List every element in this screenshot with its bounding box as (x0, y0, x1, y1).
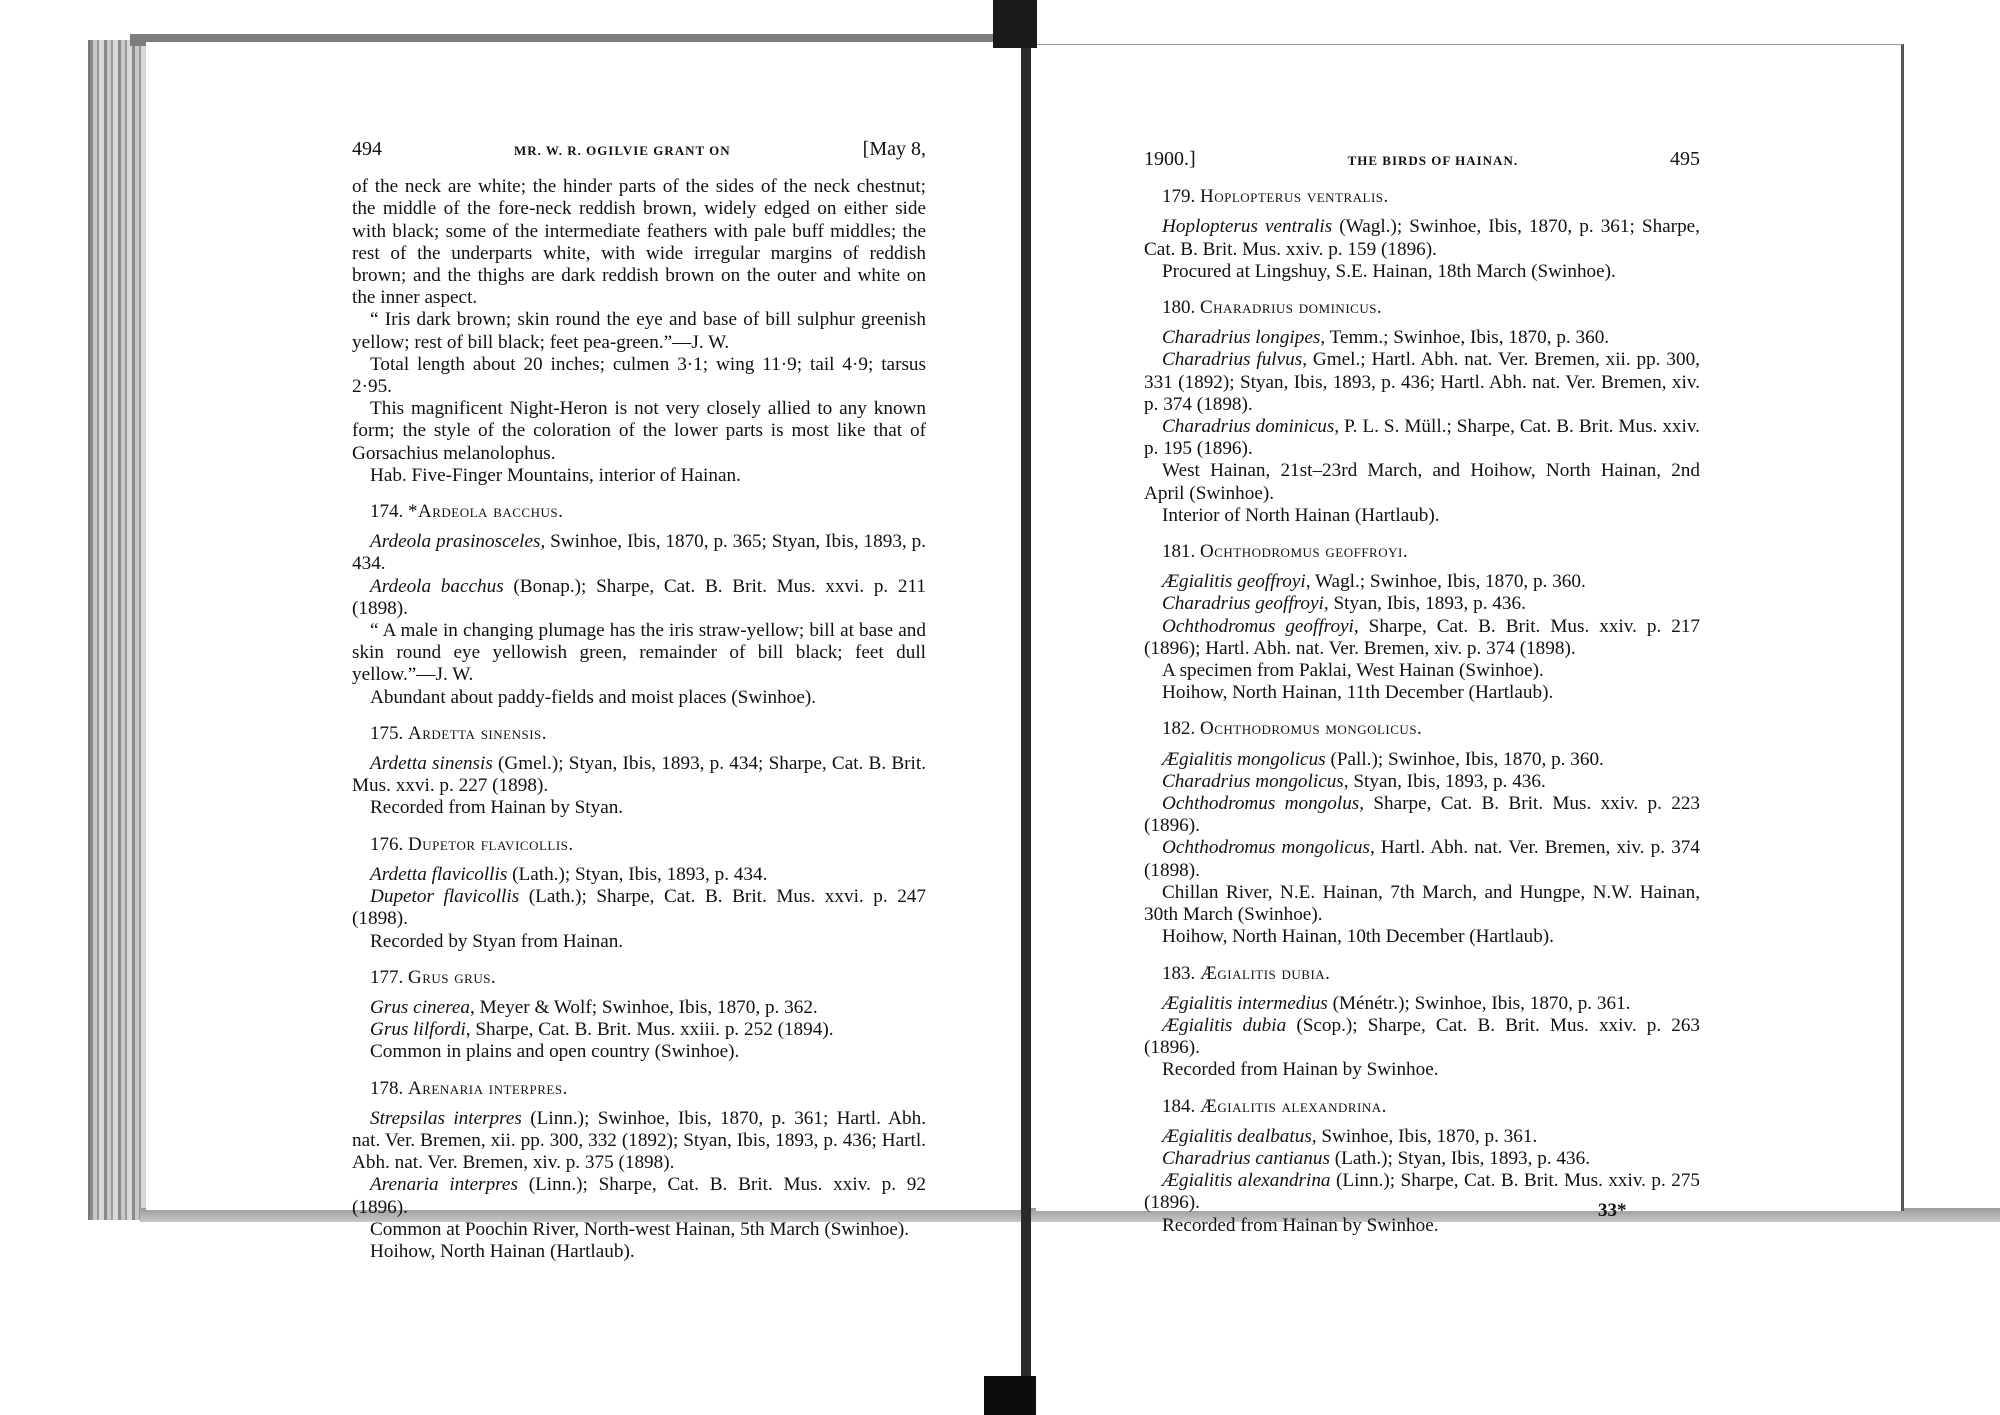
citation-line: Chillan River, N.E. Hainan, 7th March, a… (1144, 882, 1700, 926)
synonym-name: Charadrius mongolicus (1162, 771, 1344, 792)
species-heading: 177. Grus grus. (370, 967, 926, 989)
synonym-name: Ardetta flavicollis (370, 864, 507, 885)
citation-line: Ægialitis intermedius (Ménétr.); Swinhoe… (1144, 993, 1700, 1015)
species-name: *Ardeola bacchus. (408, 501, 563, 522)
citation-line: Ochthodromus mongolicus, Hartl. Abh. nat… (1144, 837, 1700, 881)
citation-line: Abundant about paddy-fields and moist pl… (352, 687, 926, 709)
species-number: 174. (370, 501, 408, 522)
citation-line: Charadrius fulvus, Gmel.; Hartl. Abh. na… (1144, 349, 1700, 416)
species-heading: 183. Ægialitis dubia. (1162, 963, 1700, 985)
citation-line: A specimen from Paklai, West Hainan (Swi… (1144, 660, 1700, 682)
citation-line: Ægialitis mongolicus (Pall.); Swinhoe, I… (1144, 749, 1700, 771)
species-entries: 174. *Ardeola bacchus.Ardeola prasinosce… (352, 501, 926, 1263)
species-heading: 178. Arenaria interpres. (370, 1078, 926, 1100)
citation-line: Arenaria interpres (Linn.); Sharpe, Cat.… (352, 1174, 926, 1218)
synonym-name: Charadrius fulvus (1162, 349, 1302, 370)
synonym-name: Ægialitis geoffroyi (1162, 571, 1306, 592)
species-name: Ochthodromus mongolicus. (1200, 718, 1422, 739)
citation-line: Common at Poochin River, North-west Hain… (352, 1219, 926, 1241)
citation-line: Recorded from Hainan by Styan. (352, 797, 926, 819)
synonym-name: Ægialitis dubia (1162, 1015, 1286, 1036)
species-heading: 179. Hoplopterus ventralis. (1162, 186, 1700, 208)
synonym-name: Ochthodromus mongolicus (1162, 837, 1370, 858)
synonym-name: Ægialitis intermedius (1162, 993, 1328, 1014)
synonym-name: Charadrius cantianus (1162, 1148, 1330, 1169)
citation-line: West Hainan, 21st–23rd March, and Hoihow… (1144, 460, 1700, 504)
citation-line: Procured at Lingshuy, S.E. Hainan, 18th … (1144, 261, 1700, 283)
citation-line: Charadrius cantianus (Lath.); Styan, Ibi… (1144, 1148, 1700, 1170)
species-name: Charadrius dominicus. (1200, 297, 1382, 318)
synonym-name: Grus cinerea (370, 997, 470, 1018)
citation-line: Hoihow, North Hainan, 11th December (Har… (1144, 682, 1700, 704)
synonym-name: Ochthodromus geoffroyi (1162, 616, 1354, 637)
citation-line: Ardeola bacchus (Bonap.); Sharpe, Cat. B… (352, 576, 926, 620)
citation-line: Ægialitis geoffroyi, Wagl.; Swinhoe, Ibi… (1144, 571, 1700, 593)
species-name: Ægialitis alexandrina. (1200, 1096, 1387, 1117)
species-number: 181. (1162, 541, 1200, 562)
page-number: 495 (1670, 148, 1700, 170)
species-heading: 180. Charadrius dominicus. (1162, 297, 1700, 319)
species-heading: 176. Dupetor flavicollis. (370, 834, 926, 856)
synonym-name: Ægialitis dealbatus (1162, 1126, 1312, 1147)
page-number: 494 (352, 138, 382, 160)
citation-line: Dupetor flavicollis (Lath.); Sharpe, Cat… (352, 886, 926, 930)
citation-line: Ægialitis dealbatus, Swinhoe, Ibis, 1870… (1144, 1126, 1700, 1148)
synonym-name: Ardetta sinensis (370, 753, 493, 774)
bookmark-ribbon-bottom (984, 1376, 1036, 1415)
date-marker: [May 8, (863, 138, 926, 160)
synonym-name: Charadrius longipes (1162, 327, 1320, 348)
species-name: Grus grus. (408, 967, 496, 988)
citation-line: Grus lilfordi, Sharpe, Cat. B. Brit. Mus… (352, 1019, 926, 1041)
species-heading: 175. Ardetta sinensis. (370, 723, 926, 745)
citation-line: Charadrius longipes, Temm.; Swinhoe, Ibi… (1144, 327, 1700, 349)
continuation-paragraph: Total length about 20 inches; culmen 3·1… (352, 354, 926, 398)
synonym-name: Ægialitis mongolicus (1162, 749, 1326, 770)
species-heading: 174. *Ardeola bacchus. (370, 501, 926, 523)
synonym-name: Ardeola prasinosceles (370, 531, 540, 552)
synonym-name: Strepsilas interpres (370, 1108, 522, 1129)
synonym-name: Hoplopterus ventralis (1162, 216, 1332, 237)
species-entries: 179. Hoplopterus ventralis.Hoplopterus v… (1144, 186, 1700, 1237)
species-heading: 181. Ochthodromus geoffroyi. (1162, 541, 1700, 563)
citation-line: Hoihow, North Hainan, 10th December (Har… (1144, 926, 1700, 948)
species-number: 177. (370, 967, 408, 988)
running-title: THE BIRDS OF HAINAN. (1348, 150, 1518, 172)
synonym-name: Arenaria interpres (370, 1174, 518, 1195)
citation-line: Ochthodromus mongolus, Sharpe, Cat. B. B… (1144, 793, 1700, 837)
species-heading: 182. Ochthodromus mongolicus. (1162, 718, 1700, 740)
citation-line: Ardeola prasinosceles, Swinhoe, Ibis, 18… (352, 531, 926, 575)
date-marker: 1900.] (1144, 148, 1196, 170)
citation-line: Charadrius mongolicus, Styan, Ibis, 1893… (1144, 771, 1700, 793)
species-name: Arenaria interpres. (408, 1078, 568, 1099)
synonym-name: Ochthodromus mongolus (1162, 793, 1359, 814)
species-name: Ægialitis dubia. (1200, 963, 1330, 984)
citation-line: Charadrius dominicus, P. L. S. Müll.; Sh… (1144, 416, 1700, 460)
species-name: Hoplopterus ventralis. (1200, 186, 1389, 207)
species-name: Ardetta sinensis. (408, 723, 547, 744)
left-page-text: 494 MR. W. R. OGILVIE GRANT ON [May 8, o… (352, 138, 926, 1263)
right-page-text: 1900.] THE BIRDS OF HAINAN. 495 179. Hop… (1144, 148, 1700, 1237)
species-number: 175. (370, 723, 408, 744)
species-number: 176. (370, 834, 408, 855)
citation-line: “ A male in changing plumage has the iri… (352, 620, 926, 687)
habitat-line: Hab. Five-Finger Mountains, interior of … (352, 465, 926, 487)
synonym-name: Grus lilfordi (370, 1019, 466, 1040)
right-running-head: 1900.] THE BIRDS OF HAINAN. 495 (1144, 148, 1700, 172)
citation-line: Ægialitis dubia (Scop.); Sharpe, Cat. B.… (1144, 1015, 1700, 1059)
synonym-name: Ægialitis alexandrina (1162, 1170, 1331, 1191)
citation-line: Strepsilas interpres (Linn.); Swinhoe, I… (352, 1108, 926, 1175)
species-number: 183. (1162, 963, 1200, 984)
citation-line: Interior of North Hainan (Hartlaub). (1144, 505, 1700, 527)
species-heading: 184. Ægialitis alexandrina. (1162, 1096, 1700, 1118)
species-name: Dupetor flavicollis. (408, 834, 574, 855)
synonym-name: Ardeola bacchus (370, 576, 504, 597)
bookmark-ribbon-top (993, 0, 1037, 48)
left-running-head: 494 MR. W. R. OGILVIE GRANT ON [May 8, (352, 138, 926, 162)
species-number: 184. (1162, 1096, 1200, 1117)
citation-line: Hoihow, North Hainan (Hartlaub). (352, 1241, 926, 1263)
species-number: 178. (370, 1078, 408, 1099)
running-title: MR. W. R. OGILVIE GRANT ON (514, 140, 731, 162)
species-name: Ochthodromus geoffroyi. (1200, 541, 1408, 562)
page-edges (88, 40, 152, 1220)
synonym-name: Charadrius geoffroyi (1162, 593, 1324, 614)
species-number: 179. (1162, 186, 1200, 207)
continuation-paragraph: of the neck are white; the hinder parts … (352, 176, 926, 309)
synonym-name: Charadrius dominicus (1162, 416, 1334, 437)
citation-line: Ardetta flavicollis (Lath.); Styan, Ibis… (352, 864, 926, 886)
continuation-paragraph: “ Iris dark brown; skin round the eye an… (352, 309, 926, 353)
citation-line: Charadrius geoffroyi, Styan, Ibis, 1893,… (1144, 593, 1700, 615)
citation-line: Recorded by Styan from Hainan. (352, 931, 926, 953)
citation-line: Hoplopterus ventralis (Wagl.); Swinhoe, … (1144, 216, 1700, 260)
synonym-name: Dupetor flavicollis (370, 886, 519, 907)
species-number: 180. (1162, 297, 1200, 318)
species-number: 182. (1162, 718, 1200, 739)
citation-line: Grus cinerea, Meyer & Wolf; Swinhoe, Ibi… (352, 997, 926, 1019)
citation-line: Common in plains and open country (Swinh… (352, 1041, 926, 1063)
book-gutter (1021, 44, 1031, 1414)
continuation-paragraph: This magnificent Night-Heron is not very… (352, 398, 926, 465)
citation-line: Recorded from Hainan by Swinhoe. (1144, 1059, 1700, 1081)
signature-mark: 33* (1598, 1200, 1627, 1222)
citation-line: Ochthodromus geoffroyi, Sharpe, Cat. B. … (1144, 616, 1700, 660)
citation-line: Ardetta sinensis (Gmel.); Styan, Ibis, 1… (352, 753, 926, 797)
